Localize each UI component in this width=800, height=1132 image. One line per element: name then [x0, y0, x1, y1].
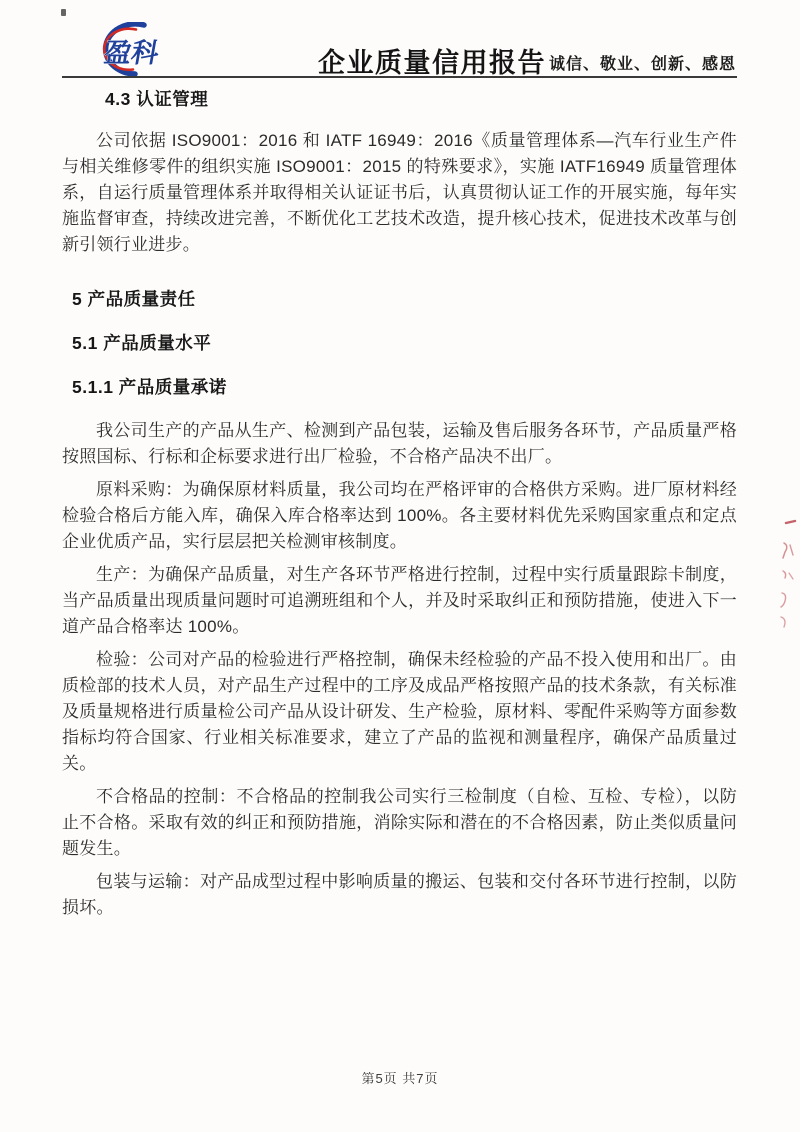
body-paragraph: 公司依据 ISO9001：2016 和 IATF 16949：2016《质量管理…	[62, 128, 737, 258]
report-title: 企业质量信用报告	[318, 41, 546, 80]
body-paragraph: 不合格品的控制：不合格品的控制我公司实行三检制度（自检、互检、专检），以防止不合…	[62, 784, 737, 862]
page-number: 第5页 共7页	[0, 1068, 800, 1087]
body-paragraph: 生产：为确保产品质量，对生产各环节严格进行控制，过程中实行质量跟踪卡制度，当产品…	[62, 562, 737, 640]
body-paragraph: 包装与运输：对产品成型过程中影响质量的搬运、包装和交付各环节进行控制，以防损坏。	[62, 869, 737, 921]
handwritten-red-annotation-marks	[768, 515, 800, 645]
document-page: 盈科 企业质量信用报告 诚信、敬业、创新、感恩 4.3 认证管理 公司依据 IS…	[0, 0, 800, 1132]
section-heading-4-3: 4.3 认证管理	[105, 89, 737, 110]
document-body: 4.3 认证管理 公司依据 ISO9001：2016 和 IATF 16949：…	[62, 78, 737, 928]
company-slogan: 诚信、敬业、创新、感恩	[549, 51, 736, 74]
section-heading-5: 5 产品质量责任	[72, 289, 737, 310]
body-paragraph: 我公司生产的产品从生产、检测到产品包装，运输及售后服务各环节，产品质量严格按照国…	[62, 418, 737, 470]
section-heading-5-1-1: 5.1.1 产品质量承诺	[72, 377, 737, 398]
company-logo-icon: 盈科	[86, 22, 204, 78]
section-heading-5-1: 5.1 产品质量水平	[72, 333, 737, 354]
body-paragraph: 原料采购：为确保原材料质量，我公司均在严格评审的合格供方采购。进厂原材料经检验合…	[62, 477, 737, 555]
logo-text: 盈科	[102, 37, 162, 68]
body-paragraph: 检验：公司对产品的检验进行严格控制，确保未经检验的产品不投入使用和出厂。由质检部…	[62, 647, 737, 777]
scan-artifact-speck	[61, 9, 66, 16]
